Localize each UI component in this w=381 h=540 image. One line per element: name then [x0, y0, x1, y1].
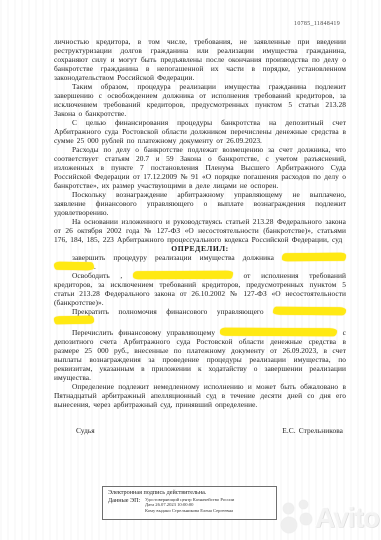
stamp-certifying-center: Удостоверяющий центр Казначейство России — [145, 497, 234, 502]
redaction-highlight — [282, 253, 346, 262]
resolution-text: завершить процедуру реализации имущества… — [72, 253, 274, 262]
paragraph: Таким образом, процедура реализации имущ… — [54, 82, 346, 118]
stamp-valid-text: Электронная подпись действительна. — [108, 489, 272, 496]
resolution-item-release-debtor: Освободить , от исполнения требований кр… — [54, 271, 346, 307]
resolution-text: Прекратить полномочия финансового управл… — [72, 307, 264, 316]
redaction-highlight — [54, 316, 94, 325]
stamp-data-row: Данные ЭП: Удостоверяющий центр Казначей… — [108, 497, 272, 513]
digital-signature-stamp: Электронная подпись действительна. Данны… — [102, 486, 277, 520]
stamp-issued-to: Кому выдано Стрельникова Елена Сергеевна — [145, 508, 233, 513]
redaction-highlight — [133, 271, 233, 280]
redaction-highlight — [54, 262, 94, 271]
resolution-heading: ОПРЕДЕЛИЛ: — [54, 244, 346, 253]
paragraph: Поскольку вознаграждение арбитражному уп… — [54, 190, 346, 217]
avito-logo-icon — [281, 500, 315, 536]
paragraph: На основании изложенного и руководствуяс… — [54, 217, 346, 244]
avito-watermark: Avito — [281, 500, 379, 536]
resolution-item-terminate-powers: Прекратить полномочия финансового управл… — [54, 307, 346, 325]
resolution-item-complete-procedure: завершить процедуру реализации имущества… — [54, 253, 346, 271]
stamp-date: Дата 26.07.2023 10:00:00 — [145, 502, 193, 507]
resolution-text: Перечислить финансовому управляющему — [72, 328, 215, 337]
paragraph: личностью кредитора, в том числе, требов… — [54, 37, 346, 82]
redaction-highlight — [273, 307, 346, 316]
paragraph-appeal-notice: Определение подлежит немедленному исполн… — [54, 382, 346, 409]
stamp-details: Удостоверяющий центр Казначейство России… — [145, 497, 234, 513]
stamp-data-label: Данные ЭП: — [108, 497, 145, 513]
document-number: 10785_11848419 — [294, 21, 340, 27]
court-ruling-page: { "doc": { "number": "10785_11848419", "… — [0, 0, 381, 540]
paragraph: Расходы по делу о банкротстве подлежат в… — [54, 145, 346, 190]
avito-watermark-text: Avito — [315, 502, 379, 534]
judge-name: Е.С. Стрельникова — [282, 426, 343, 435]
document-body: личностью кредитора, в том числе, требов… — [54, 37, 346, 435]
resolution-text: Освободить , — [72, 271, 122, 280]
signature-row: Судья Е.С. Стрельникова — [54, 426, 346, 435]
judge-label: Судья — [76, 426, 95, 435]
paragraph: С целью финансирования процедуры банкрот… — [54, 118, 346, 145]
resolution-text: . — [94, 262, 96, 271]
resolution-item-transfer-funds: Перечислить финансовому управляющему с д… — [54, 328, 346, 382]
redaction-highlight — [220, 328, 337, 337]
